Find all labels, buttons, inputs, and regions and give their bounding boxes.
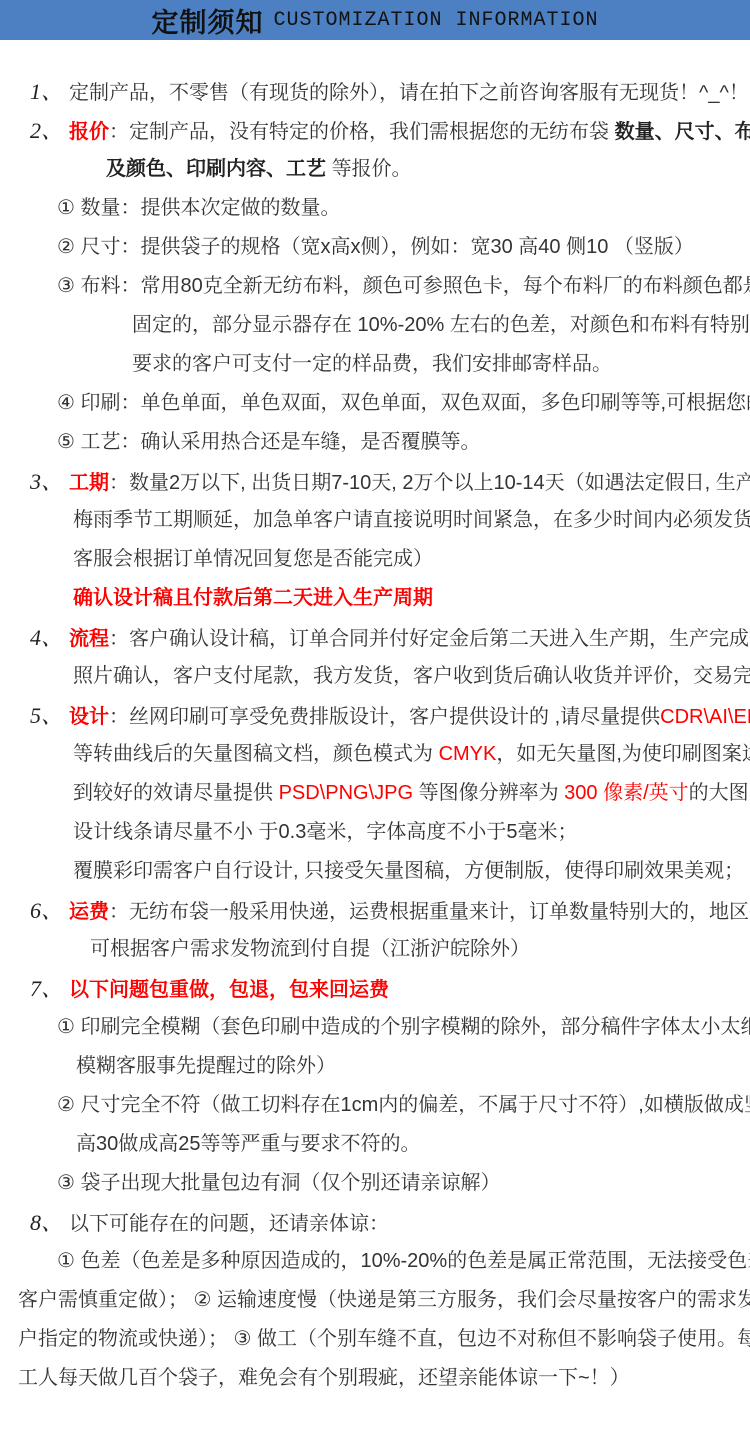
text-run: ：无纺布袋一般采用快递，运费根据重量来计，订单数量特别大的，地区偏远的 [109,901,750,923]
item-number: 7、 [30,976,63,1001]
issues-cont-3: 工人每天做几百个袋子，难免会有个别瑕疵，还望亲能体谅一下~！） [0,1359,750,1398]
issues-cont-1: 客户需慎重定做）； ② 运输速度慢（快递是第三方服务，我们会尽量按客户的需求发客 [0,1281,750,1320]
sub-quantity: ① 数量：提供本次定做的数量。 [0,189,750,228]
sub-size-mismatch: ② 尺寸完全不符（做工切料存在1cm内的偏差，不属于尺寸不符）,如横版做成竖版， [0,1086,750,1125]
item-5-cont-4: 覆膜彩印需客户自行设计, 只接受矢量图稿，方便制版，使得印刷效果美观； [0,852,750,891]
text-run: 客服会根据订单情况回复您是否能完成） [73,548,433,570]
item-5-cont-2: 到较好的效请尽量提供 PSD\PNG\JPG 等图像分辨率为 300 像素/英寸… [0,774,750,813]
text-run: 要求的客户可支付一定的样品费，我们安排邮寄样品。 [132,353,612,375]
item-6-shipping: 6、运费：无纺布袋一般采用快递，运费根据重量来计，订单数量特别大的，地区偏远的 [0,891,750,930]
item-number: 3、 [30,469,63,494]
text-run: 高30做成高25等等严重与要求不符的。 [76,1133,421,1155]
sub-size-mismatch-cont: 高30做成高25等等严重与要求不符的。 [0,1125,750,1164]
emphasis-run: 及颜色、印刷内容、工艺 [106,158,332,180]
sub-size: ② 尺寸：提供袋子的规格（宽x高x侧），例如：宽30 高40 侧10 （竖版） [0,228,750,267]
item-number: 1、 [30,79,63,104]
file-formats-raster: PSD\PNG\JPG [279,782,413,804]
sub-fabric-cont-2: 要求的客户可支付一定的样品费，我们安排邮寄样品。 [0,345,750,384]
sub-blurry-print-cont: 模糊客服事先提醒过的除外） [0,1047,750,1086]
text-run: 等转曲线后的矢量图稿文档，颜色模式为 [73,743,439,765]
text-run: 定制产品，不零售（有现货的除外），请在拍下之前咨询客服有无现货！^_^！ [69,82,749,104]
text-run: 设计线条请尽量不小 于0.3毫米，字体高度不小于5毫米； [73,821,577,843]
item-number: 8、 [30,1210,63,1235]
item-number: 4、 [30,625,63,650]
item-number: 2、 [30,118,63,143]
label-shipping: 运费 [69,901,109,923]
text-run: 照片确认，客户支付尾款，我方发货，客户收到货后确认收货并评价，交易完成 [73,665,750,687]
text-run: 等报价。 [332,158,412,180]
text-run: 的大图, [689,782,750,804]
sub-blurry-print: ① 印刷完全模糊（套色印刷中造成的个别字模糊的除外，部分稿件字体太小太细容易 [0,1008,750,1047]
text-run: ① 数量：提供本次定做的数量。 [57,197,341,219]
item-3-red-note: 确认设计稿且付款后第二天进入生产周期 [0,579,750,618]
page-title-en: CUSTOMIZATION INFORMATION [273,9,598,32]
item-5-design: 5、设计：丝网印刷可享受免费排版设计，客户提供设计的 ,请尽量提供CDR\AI\… [0,696,750,735]
header-banner: 定制须知 CUSTOMIZATION INFORMATION [0,0,750,40]
sub-printing: ④ 印刷：单色单面，单色双面，双色单面，双色双面，多色印刷等等,可根据您的需求 [0,384,750,423]
page-title-cn: 定制须知 [151,1,263,40]
label-design: 设计 [69,706,109,728]
color-mode-cmyk: CMYK [439,743,497,765]
sub-craft: ⑤ 工艺：确认采用热合还是车缝，是否覆膜等。 [0,423,750,462]
sub-fabric: ③ 布料：常用80克全新无纺布料，颜色可参照色卡，每个布料厂的布料颜色都是相对 [0,267,750,306]
item-3-cont-1: 梅雨季节工期顺延，加急单客户请直接说明时间紧急，在多少时间内必须发货， [0,501,750,540]
text-run: 固定的，部分显示器存在 10%-20% 左右的色差，对颜色和布料有特别严格 [132,314,750,336]
sub-fabric-cont-1: 固定的，部分显示器存在 10%-20% 左右的色差，对颜色和布料有特别严格 [0,306,750,345]
text-run: ：数量2万以下, 出货日期7-10天, 2万个以上10-14天（如遇法定假日, … [109,472,750,494]
text-run: ⑤ 工艺：确认采用热合还是车缝，是否覆膜等。 [57,431,481,453]
label-quote: 报价 [69,121,109,143]
item-6-cont: 可根据客户需求发物流到付自提（江浙沪皖除外） [0,930,750,969]
text-run: 户指定的物流或快递）； ③ 做工（个别车缝不直，包边不对称但不影响袋子使用。每个 [18,1328,750,1350]
text-run: 等图像分辨率为 [413,782,564,804]
item-4-process: 4、流程：客户确认设计稿，订单合同并付好定金后第二天进入生产期，生产完成，拍大货 [0,618,750,657]
text-run: ② 尺寸完全不符（做工切料存在1cm内的偏差，不属于尺寸不符）,如横版做成竖版， [57,1094,750,1116]
resolution-value: 300 像素/英寸 [564,782,688,804]
text-run: 以下可能存在的问题，还请亲体谅： [69,1213,389,1235]
item-7-guarantee: 7、以下问题包重做，包退，包来回运费 [0,969,750,1008]
text-run: ① 印刷完全模糊（套色印刷中造成的个别字模糊的除外，部分稿件字体太小太细容易 [57,1016,750,1038]
text-run: 模糊客服事先提醒过的除外） [76,1055,336,1077]
item-number: 6、 [30,898,63,923]
text-run: 可根据客户需求发物流到付自提（江浙沪皖除外） [90,938,530,960]
text-run: 客户需慎重定做）； ② 运输速度慢（快递是第三方服务，我们会尽量按客户的需求发客 [18,1289,750,1311]
text-run: ：客户确认设计稿，订单合同并付好定金后第二天进入生产期，生产完成，拍大货 [109,628,750,650]
text-run: 工人每天做几百个袋子，难免会有个别瑕疵，还望亲能体谅一下~！） [18,1367,630,1389]
item-8-possible-issues: 8、以下可能存在的问题，还请亲体谅： [0,1203,750,1242]
file-formats-vector: CDR\AI\EPS\PDF [660,706,750,728]
notice-body: 1、定制产品，不零售（有现货的除外），请在拍下之前咨询客服有无现货！^_^！ 2… [0,40,750,1398]
text-run: 覆膜彩印需客户自行设计, 只接受矢量图稿，方便制版，使得印刷效果美观； [73,860,744,882]
text-run: ③ 袋子出现大批量包边有洞（仅个别还请亲谅解） [57,1172,501,1194]
text-run: 梅雨季节工期顺延，加急单客户请直接说明时间紧急，在多少时间内必须发货， [73,509,750,531]
item-4-cont: 照片确认，客户支付尾款，我方发货，客户收到货后确认收货并评价，交易完成 [0,657,750,696]
item-1: 1、定制产品，不零售（有现货的除外），请在拍下之前咨询客服有无现货！^_^！ [0,72,750,111]
emphasis-red-run: 确认设计稿且付款后第二天进入生产周期 [73,587,433,609]
emphasis-run: 数量、尺寸、布料厚度 [615,121,750,143]
text-run: 到较好的效请尽量提供 [73,782,279,804]
sub-color-difference: ① 色差（色差是多种原因造成的，10%-20%的色差是属正常范围，无法接受色差的 [0,1242,750,1281]
guarantee-red-run: 以下问题包重做，包退，包来回运费 [69,979,389,1001]
text-run: ：丝网印刷可享受免费排版设计，客户提供设计的 ,请尽量提供 [109,706,660,728]
customization-notice-page: 定制须知 CUSTOMIZATION INFORMATION 1、定制产品，不零… [0,0,750,1436]
item-number: 5、 [30,703,63,728]
sub-bag-holes: ③ 袋子出现大批量包边有洞（仅个别还请亲谅解） [0,1164,750,1203]
text-run: ：定制产品，没有特定的价格，我们需根据您的无纺布袋 [109,121,615,143]
label-leadtime: 工期 [69,472,109,494]
text-run: ，如无矢量图,为使印刷图案达 [496,743,750,765]
item-2-quote: 2、报价：定制产品，没有特定的价格，我们需根据您的无纺布袋 数量、尺寸、布料厚度 [0,111,750,150]
text-run: ② 尺寸：提供袋子的规格（宽x高x侧），例如：宽30 高40 侧10 （竖版） [57,236,694,258]
text-run: ④ 印刷：单色单面，单色双面，双色单面，双色双面，多色印刷等等,可根据您的需求 [57,392,750,414]
issues-cont-2: 户指定的物流或快递）； ③ 做工（个别车缝不直，包边不对称但不影响袋子使用。每个 [0,1320,750,1359]
item-5-cont-1: 等转曲线后的矢量图稿文档，颜色模式为 CMYK，如无矢量图,为使印刷图案达 [0,735,750,774]
item-3-cont-2: 客服会根据订单情况回复您是否能完成） [0,540,750,579]
text-run: ③ 布料：常用80克全新无纺布料，颜色可参照色卡，每个布料厂的布料颜色都是相对 [57,275,750,297]
label-process: 流程 [69,628,109,650]
item-3-leadtime: 3、工期：数量2万以下, 出货日期7-10天, 2万个以上10-14天（如遇法定… [0,462,750,501]
item-5-cont-3: 设计线条请尽量不小 于0.3毫米，字体高度不小于5毫米； [0,813,750,852]
text-run: ① 色差（色差是多种原因造成的，10%-20%的色差是属正常范围，无法接受色差的 [57,1250,750,1272]
item-2-cont: 及颜色、印刷内容、工艺 等报价。 [0,150,750,189]
